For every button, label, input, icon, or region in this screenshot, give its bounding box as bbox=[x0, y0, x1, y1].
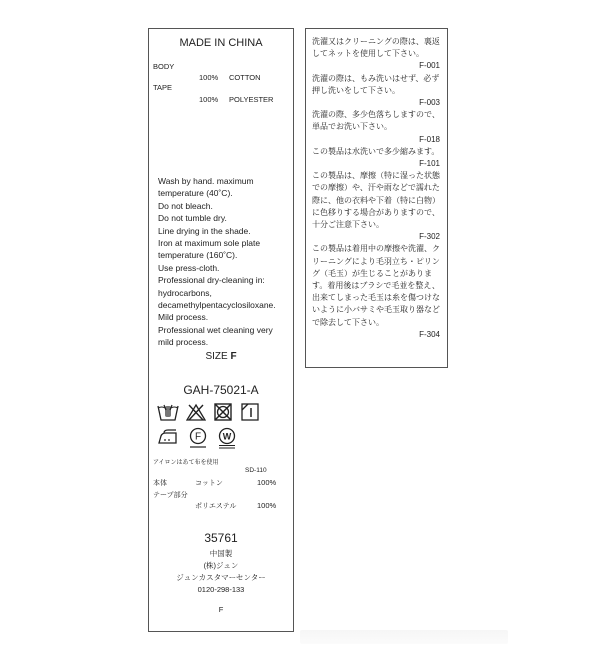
size-text: SIZE F bbox=[149, 351, 293, 362]
svg-text:F: F bbox=[195, 432, 201, 443]
notice-text: この製品は水洗いで多少縮みます。 bbox=[312, 146, 444, 158]
care-label-english: MADE IN CHINA BODY 100% COTTON TAPE 100%… bbox=[148, 28, 294, 632]
notice-list: 洗濯又はクリーニングの際は、裏返してネットを使用して下さい。 F-001 洗濯の… bbox=[312, 36, 444, 341]
phone-number: 0120-298-133 bbox=[149, 585, 293, 594]
footer-size: F bbox=[149, 605, 293, 614]
dry-clean-f-icon: F bbox=[188, 427, 208, 449]
care-line: Professional wet cleaning very bbox=[158, 324, 292, 336]
notice-code: F-018 bbox=[312, 134, 444, 146]
composition-material-tape: POLYESTER bbox=[229, 95, 273, 104]
care-line: Professional dry-cleaning in: bbox=[158, 274, 292, 286]
care-symbols-row-1 bbox=[157, 402, 260, 422]
care-line: Do not tumble dry. bbox=[158, 212, 292, 224]
line-dry-shade-icon bbox=[240, 402, 260, 422]
size-label: SIZE bbox=[205, 351, 227, 362]
composition-material-body: COTTON bbox=[229, 73, 261, 82]
care-line: temperature (40˚C). bbox=[158, 187, 292, 199]
iron-note-jp: アイロンはあて布を使用 bbox=[153, 457, 218, 466]
notice-code: F-001 bbox=[312, 60, 444, 72]
svg-text:W: W bbox=[223, 432, 232, 442]
care-line: decamethylpentacyclosiloxane. bbox=[158, 299, 292, 311]
care-line: Iron at maximum sole plate bbox=[158, 237, 292, 249]
composition-percent-body: 100% bbox=[199, 73, 218, 82]
care-line: Wash by hand. maximum bbox=[158, 175, 292, 187]
care-instructions: Wash by hand. maximum temperature (40˚C)… bbox=[158, 175, 292, 349]
customer-center: ジュンカスタマーセンター bbox=[149, 572, 293, 583]
do-not-tumble-dry-icon bbox=[213, 402, 233, 422]
composition-jp-part-tape: テープ部分 bbox=[153, 490, 188, 500]
label-shadow bbox=[300, 630, 508, 644]
notice-text: 洗濯の際、多少色落ちしますので、単品でお洗い下さい。 bbox=[312, 109, 444, 133]
iron-medium-icon bbox=[157, 427, 179, 449]
do-not-bleach-icon bbox=[186, 402, 206, 422]
composition-part-body: BODY bbox=[153, 62, 174, 71]
care-line: Use press-cloth. bbox=[158, 262, 292, 274]
origin-text: MADE IN CHINA bbox=[149, 37, 293, 49]
care-line: temperature (160˚C). bbox=[158, 249, 292, 261]
composition-jp-percent-body: 100% bbox=[257, 478, 276, 487]
composition-jp-part-body: 本体 bbox=[153, 478, 167, 488]
notice-code: F-302 bbox=[312, 231, 444, 243]
care-line: Line drying in the shade. bbox=[158, 225, 292, 237]
care-line: mild process. bbox=[158, 336, 292, 348]
notice-text: 洗濯の際は、もみ洗いはせず、必ず押し洗いをして下さい。 bbox=[312, 73, 444, 97]
composition-jp-material-body: コットン bbox=[195, 478, 223, 488]
company-name: (株)ジュン bbox=[149, 560, 293, 571]
origin-jp: 中国製 bbox=[149, 548, 293, 559]
hand-wash-40-icon bbox=[157, 402, 179, 422]
notice-text: 洗濯又はクリーニングの際は、裏返してネットを使用して下さい。 bbox=[312, 36, 444, 60]
notice-code: F-304 bbox=[312, 329, 444, 341]
notice-text: この製品は、摩擦（特に湿った状態での摩擦）や、汗や雨などで濡れた際に、他の衣料や… bbox=[312, 170, 444, 231]
size-value: F bbox=[230, 351, 236, 362]
product-code: GAH-75021-A bbox=[149, 383, 293, 397]
lot-number: 35761 bbox=[149, 531, 293, 545]
notice-text: この製品は着用中の摩擦や洗濯、クリーニングにより毛羽立ち・ピリング（毛玉）が生じ… bbox=[312, 243, 444, 328]
wet-clean-w-icon: W bbox=[217, 427, 237, 449]
care-symbols-row-2: F W bbox=[157, 427, 237, 449]
care-label-japanese: 洗濯又はクリーニングの際は、裏返してネットを使用して下さい。 F-001 洗濯の… bbox=[305, 28, 448, 368]
composition-jp-material-tape: ポリエステル bbox=[195, 501, 236, 511]
composition-part-tape: TAPE bbox=[153, 83, 172, 92]
composition-percent-tape: 100% bbox=[199, 95, 218, 104]
composition-jp-percent-tape: 100% bbox=[257, 501, 276, 510]
care-line: Mild process. bbox=[158, 311, 292, 323]
notice-code: F-003 bbox=[312, 97, 444, 109]
care-line: Do not bleach. bbox=[158, 200, 292, 212]
notice-code: F-101 bbox=[312, 158, 444, 170]
care-line: hydrocarbons, bbox=[158, 287, 292, 299]
supplier-code: SD-110 bbox=[245, 467, 267, 474]
